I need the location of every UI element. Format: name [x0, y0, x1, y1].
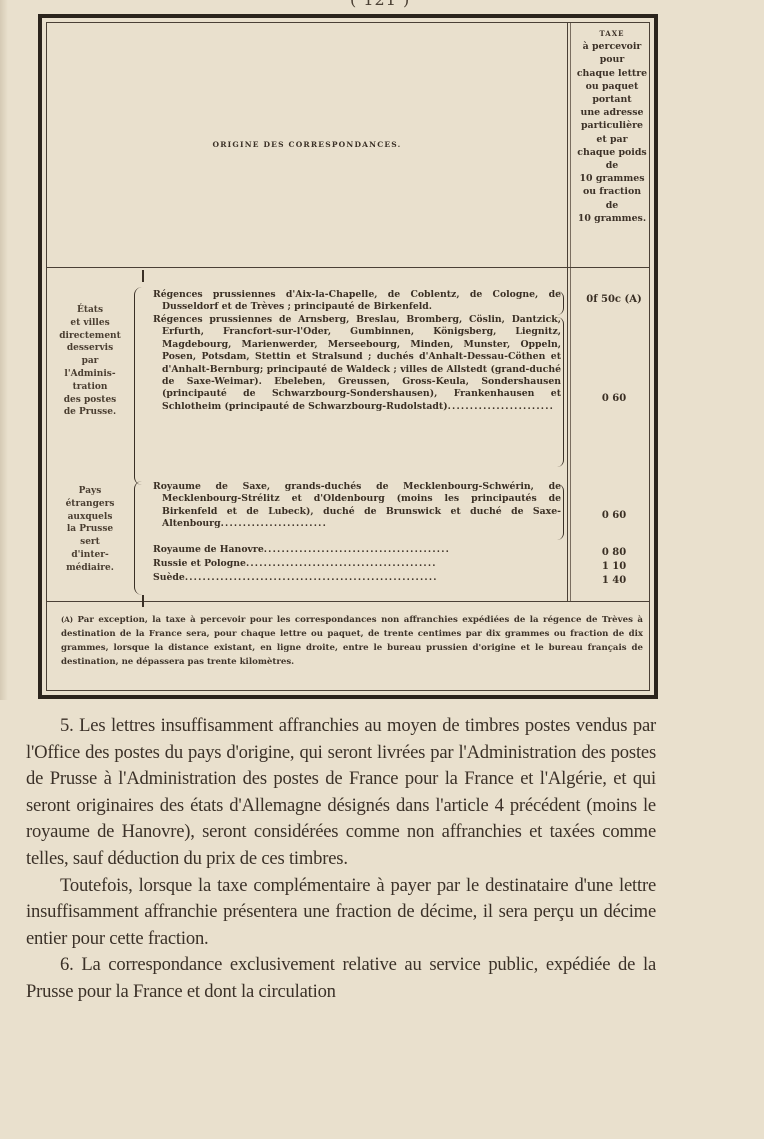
group-label-line: directement — [51, 330, 129, 343]
group-label-line: auxquels — [51, 511, 129, 524]
entry-russia: Russie et Pologne.......................… — [153, 558, 561, 570]
rate-rhine-regencies: 0f 50c (A) — [571, 294, 657, 305]
entry-saxony: Royaume de Saxe, grands-duchés de Meckle… — [153, 481, 561, 531]
group-label-foreign: Pays étrangers auxquels la Prusse sert d… — [51, 485, 129, 575]
paragraph-toutefois: Toutefois, lorsque la taxe complémentair… — [26, 873, 656, 953]
group-label-prussia: États et villes directement desservis pa… — [51, 304, 129, 419]
entry-other-regencies: Régences prussiennes de Arnsberg, Bresla… — [153, 314, 561, 413]
footnote-mark: (A) — [61, 615, 73, 624]
header-tax-line: de — [571, 199, 653, 212]
entry-brace — [557, 291, 564, 315]
group-label-line: de Prusse. — [51, 406, 129, 419]
header-tax-line: ou fraction — [571, 185, 653, 198]
group-label-line: desservis — [51, 342, 129, 355]
rate-saxony: 0 60 — [571, 510, 657, 521]
entry-text: Royaume de Saxe, grands-duchés de Meckle… — [153, 481, 561, 529]
page-edge-shadow — [0, 0, 8, 700]
entry-brace — [557, 317, 564, 467]
entry-text: Suède — [153, 572, 185, 583]
group-label-line: d'inter- — [51, 549, 129, 562]
header-tax-line: particulière — [571, 119, 653, 132]
entry-rhine-regencies: Régences prussiennes d'Aix-la-Chapelle, … — [153, 289, 561, 314]
group-label-line: sert — [51, 536, 129, 549]
group-label-line: États — [51, 304, 129, 317]
header-rule — [47, 267, 649, 268]
page-number: ( 121 ) — [350, 0, 410, 9]
header-tax-line: ou paquet — [571, 80, 653, 93]
tariff-table-inner: ORIGINE DES CORRESPONDANCES. TAXE à perc… — [46, 22, 650, 691]
rate-sweden: 1 40 — [571, 575, 657, 586]
group-label-line: la Prusse — [51, 523, 129, 536]
header-tax-line: chaque poids — [571, 146, 653, 159]
header-tax-line: à percevoir — [571, 40, 653, 53]
group-label-line: par — [51, 355, 129, 368]
group-label-line: et villes — [51, 317, 129, 330]
group-label-line: l'Adminis- — [51, 368, 129, 381]
group-brace — [134, 481, 145, 595]
table-footnote: (A) Par exception, la taxe à percevoir p… — [61, 613, 643, 669]
divider-tick — [142, 270, 144, 282]
entry-hanover: Royaume de Hanovre......................… — [153, 544, 561, 556]
header-tax-line: portant — [571, 93, 653, 106]
group-label-line: étrangers — [51, 498, 129, 511]
group-label-line: tration — [51, 381, 129, 394]
header-tax-line: de — [571, 159, 653, 172]
header-origin: ORIGINE DES CORRESPONDANCES. — [47, 140, 567, 149]
header-tax-line: 10 grammes. — [571, 212, 653, 225]
header-tax-line: pour — [571, 53, 653, 66]
rate-other-regencies: 0 60 — [571, 393, 657, 404]
entry-text: Régences prussiennes de Arnsberg, Bresla… — [153, 314, 561, 412]
header-tax-line: 10 grammes — [571, 172, 653, 185]
entry-text: Russie et Pologne — [153, 558, 246, 569]
header-tax-line: TAXE — [571, 27, 653, 40]
entry-brace — [557, 484, 564, 540]
entry-sweden: Suède...................................… — [153, 572, 561, 584]
footnote-text: Par exception, la taxe à percevoir pour … — [61, 615, 643, 667]
header-tax: TAXE à percevoir pour chaque lettre ou p… — [571, 27, 653, 225]
paragraph-article-5: 5. Les lettres insuffisamment affranchie… — [26, 713, 656, 873]
footnote-rule — [47, 601, 649, 602]
rate-russia: 1 10 — [571, 561, 657, 572]
body-text: 5. Les lettres insuffisamment affranchie… — [26, 713, 656, 1006]
header-tax-line: une adresse — [571, 106, 653, 119]
header-tax-line: et par — [571, 133, 653, 146]
group-label-line: médiaire. — [51, 562, 129, 575]
column-divider — [567, 23, 568, 602]
group-label-line: des postes — [51, 394, 129, 407]
header-tax-line: chaque lettre — [571, 67, 653, 80]
group-brace — [134, 287, 145, 485]
group-label-line: Pays — [51, 485, 129, 498]
rate-hanover: 0 80 — [571, 547, 657, 558]
entry-text: Royaume de Hanovre — [153, 544, 264, 555]
tariff-table: ORIGINE DES CORRESPONDANCES. TAXE à perc… — [38, 14, 658, 699]
divider-tick — [142, 595, 144, 607]
paragraph-article-6: 6. La correspondance exclusivement relat… — [26, 952, 656, 1005]
